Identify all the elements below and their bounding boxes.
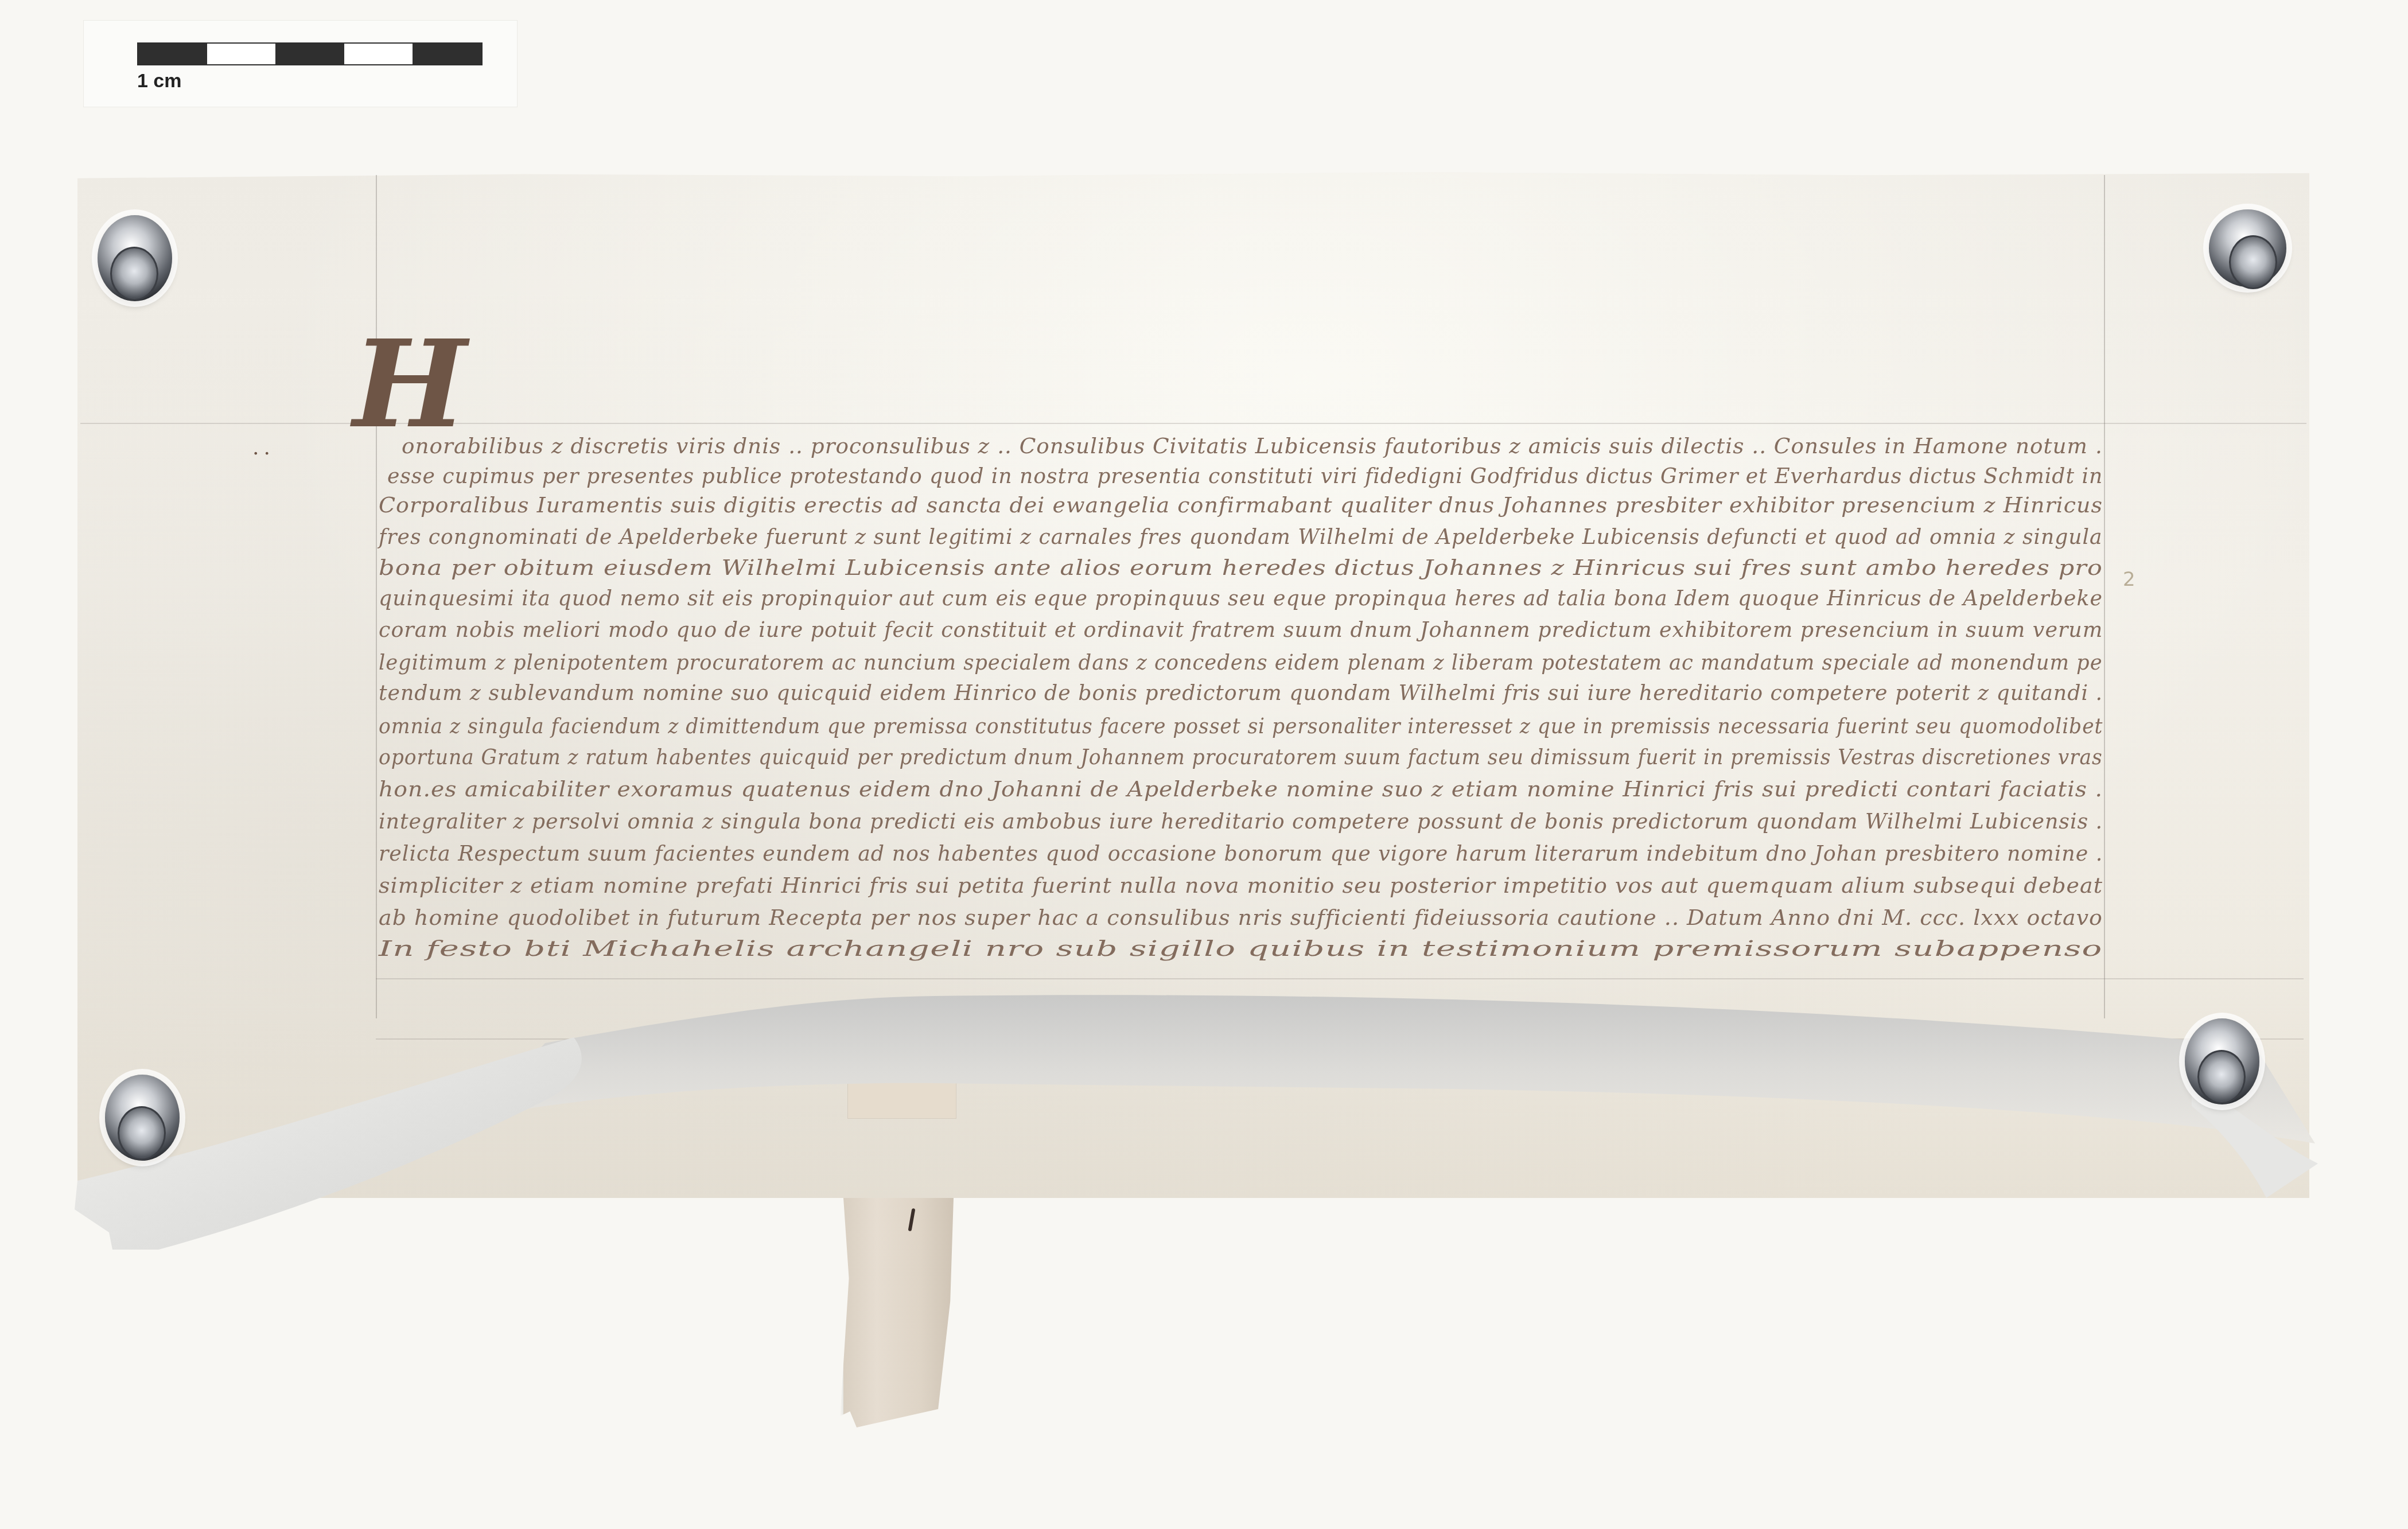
text-line: legitimum z plenipotentem procuratorem a… (379, 649, 2103, 675)
text-line: simpliciter z etiam nomine prefati Hinri… (379, 873, 2103, 898)
scale-segment-dark (275, 44, 344, 64)
scale-segment-dark (138, 44, 207, 64)
scale-segment-dark (413, 44, 481, 64)
margin-mark: .. (252, 436, 275, 460)
rivet-top-right-icon (2209, 209, 2286, 287)
text-line: coram nobis meliori modo quo de iure pot… (379, 617, 2103, 642)
scale-label: 1 cm (137, 70, 182, 92)
text-line: Corporalibus Iuramentis suis digitis ere… (379, 492, 2103, 518)
text-line: quinquesimi ita quod nemo sit eis propin… (379, 585, 2103, 610)
text-line: tendum z sublevandum nomine suo quicquid… (379, 680, 2103, 705)
text-line: omnia z singula faciendum z dimittendum … (379, 713, 2103, 738)
ruling-left (376, 175, 377, 1018)
text-line: ab homine quodolibet in futurum Recepta … (379, 905, 2103, 930)
scale-segment-light (207, 44, 276, 64)
text-line: hon.es amicabiliter exoramus quatenus ei… (379, 776, 2103, 802)
ruling-right (2104, 175, 2105, 1018)
rivet-top-left-icon (98, 215, 172, 301)
rivet-bottom-right-icon (2185, 1018, 2259, 1104)
text-line: In festo bti Michahelis archangeli nro s… (379, 936, 2103, 961)
ruling-bottom (376, 978, 2304, 979)
text-line: relicta Respectum suum facientes eundem … (379, 841, 2103, 866)
folded-plica (75, 991, 2324, 1250)
rivet-bottom-left-icon (105, 1075, 180, 1161)
scale-bar (137, 42, 483, 65)
pencil-annotation: 2 (2123, 568, 2135, 591)
text-line: onorabilibus z discretis viris dnis .. p… (402, 433, 2103, 458)
seal-tag (843, 1198, 954, 1427)
scale-bar-card: 1 cm (83, 20, 518, 107)
text-line: integraliter z persolvi omnia z singula … (379, 808, 2103, 834)
text-line: fres congnominati de Apelderbeke fuerunt… (379, 524, 2103, 549)
text-line: esse cupimus per presentes publice prote… (387, 463, 2103, 488)
scale-segment-light (344, 44, 413, 64)
text-line: oportuna Gratum z ratum habentes quicqui… (379, 744, 2103, 769)
decorated-initial: H (353, 324, 466, 445)
text-line: bona per obitum eiusdem Wilhelmi Lubicen… (379, 555, 2103, 580)
